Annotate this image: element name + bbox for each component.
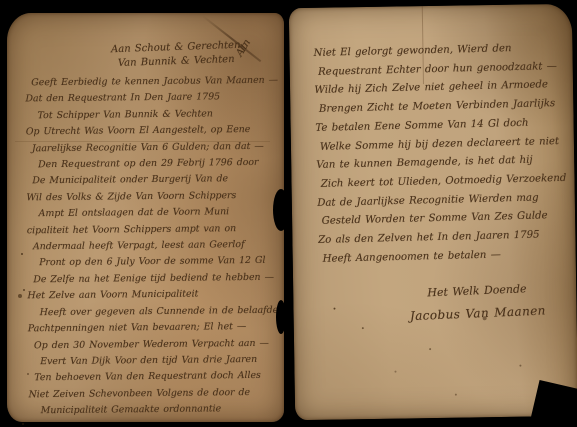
manuscript-line: Niet Zeiven Schevonbeen Volgens de door … — [28, 384, 278, 403]
manuscript-line: Municipaliteit Gemaakte ordonnantie — [41, 401, 279, 420]
manuscript-line: Den Requestrant op den 29 Febrij 1796 do… — [38, 155, 276, 174]
ink-specks — [333, 308, 335, 310]
address-block: Aan Schout & Gerechten Van Bunnik & Vech… — [105, 39, 248, 71]
manuscript-line: De Zelfe na het Eenige tijd bediend te h… — [33, 270, 277, 289]
torn-edge-notch — [276, 300, 286, 334]
manuscript-page-left: Aan Schout & Gerechten Van Bunnik & Vech… — [7, 13, 284, 422]
corner-cut — [530, 380, 577, 427]
petition-text-right: Niet El gelorgt gewonden, Wierd den Requ… — [313, 39, 568, 269]
scan-background: Aan Schout & Gerechten Van Bunnik & Vech… — [0, 0, 577, 427]
ink-specks — [21, 253, 23, 255]
manuscript-line: Pachtpenningen niet Van bevaaren; El het… — [28, 319, 278, 338]
manuscript-line: Geeft Eerbiedig te kennen Jacobus Van Ma… — [31, 73, 275, 92]
torn-edge-notch — [273, 189, 289, 231]
closing-block: Het Welk Doende Jacobus Van Maanen — [397, 276, 559, 329]
petition-text-left: Geeft Eerbiedig te kennen Jacobus Van Ma… — [25, 73, 279, 420]
manuscript-page-right: Niet El gelorgt gewonden, Wierd den Requ… — [289, 4, 577, 420]
